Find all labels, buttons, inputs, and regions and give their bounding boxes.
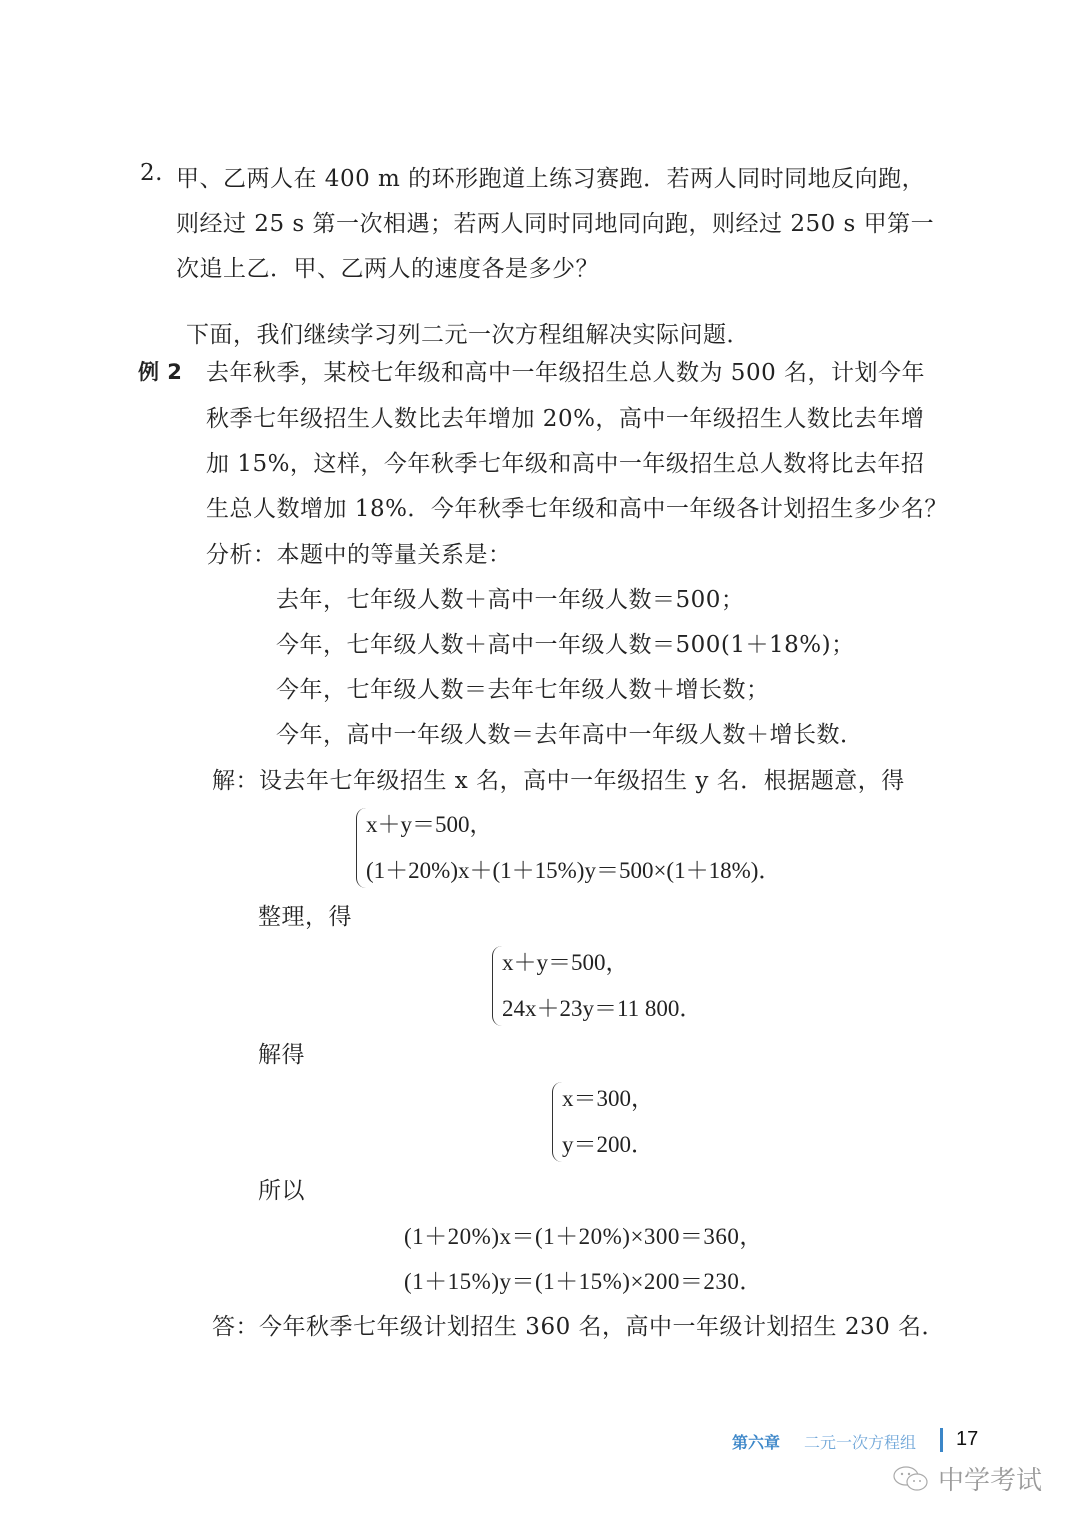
exercise-line-1: 甲、乙两人在 400 m 的环形跑道上练习赛跑．若两人同时同地反向跑， — [176, 160, 925, 193]
system-3-eq-2: y＝200． — [562, 1126, 654, 1159]
intro-text: 下面，我们继续学习列二元一次方程组解决实际问题． — [186, 316, 750, 349]
example-line-2: 秋季七年级招生人数比去年增加 20%，高中一年级招生人数比去年增 — [206, 400, 924, 433]
footer-divider — [940, 1428, 943, 1452]
solution-setup: 解：设去年七年级招生 x 名，高中一年级招生 y 名．根据题意，得 — [212, 762, 905, 795]
system-1-eq-1: x＋y＝500， — [366, 806, 493, 839]
exercise-line-3: 次追上乙．甲、乙两人的速度各是多少？ — [176, 250, 599, 283]
example-label: 例 2 — [138, 356, 182, 386]
example-line-1: 去年秋季，某校七年级和高中一年级招生总人数为 500 名，计划今年 — [206, 354, 925, 387]
analysis-relation-1: 去年，七年级人数＋高中一年级人数＝500； — [276, 581, 744, 614]
analysis-relation-4: 今年，高中一年级人数＝去年高中一年级人数＋增长数． — [276, 716, 864, 749]
example-line-3: 加 15%，这样，今年秋季七年级和高中一年级招生总人数将比去年招 — [206, 445, 924, 478]
simplify-label: 整理，得 — [258, 898, 352, 931]
answer-text: 答：今年秋季七年级计划招生 360 名，高中一年级计划招生 230 名． — [212, 1308, 945, 1341]
analysis-relation-3: 今年，七年级人数＝去年七年级人数＋增长数； — [276, 671, 770, 704]
exercise-line-2: 则经过 25 s 第一次相遇；若两人同时同地同向跑，则经过 250 s 甲第一 — [176, 205, 934, 238]
system-2-eq-2: 24x＋23y＝11 800． — [502, 990, 702, 1023]
example-line-4: 生总人数增加 18%．今年秋季七年级和高中一年级各计划招生多少名？ — [206, 490, 948, 523]
solve-label: 解得 — [258, 1036, 305, 1069]
analysis-heading: 分析：本题中的等量关系是： — [206, 536, 512, 569]
footer-chapter: 第六章 — [732, 1430, 780, 1453]
page-number: 17 — [956, 1428, 978, 1451]
footer-chapter-title: 二元一次方程组 — [804, 1430, 916, 1453]
system-1-eq-2: (1＋20%)x＋(1＋15%)y＝500×(1＋18%)． — [366, 852, 781, 885]
wechat-icon — [892, 1464, 932, 1494]
system-2-eq-1: x＋y＝500， — [502, 944, 629, 977]
watermark-text: 中学考试 — [938, 1460, 1042, 1497]
equation-system-3: x＝300， y＝200． — [552, 1080, 672, 1164]
equation-system-1: x＋y＝500， (1＋20%)x＋(1＋15%)y＝500×(1＋18%)． — [356, 806, 876, 890]
system-3-eq-1: x＝300， — [562, 1080, 654, 1113]
result-line-1: (1＋20%)x＝(1＋20%)×300＝360， — [404, 1218, 763, 1251]
exercise-number: 2. — [140, 160, 163, 186]
therefore-label: 所以 — [258, 1172, 305, 1205]
result-line-2: (1＋15%)y＝(1＋15%)×200＝230． — [404, 1263, 763, 1296]
analysis-relation-2: 今年，七年级人数＋高中一年级人数＝500(1＋18%)； — [276, 626, 855, 659]
equation-system-2: x＋y＝500， 24x＋23y＝11 800． — [492, 944, 732, 1028]
